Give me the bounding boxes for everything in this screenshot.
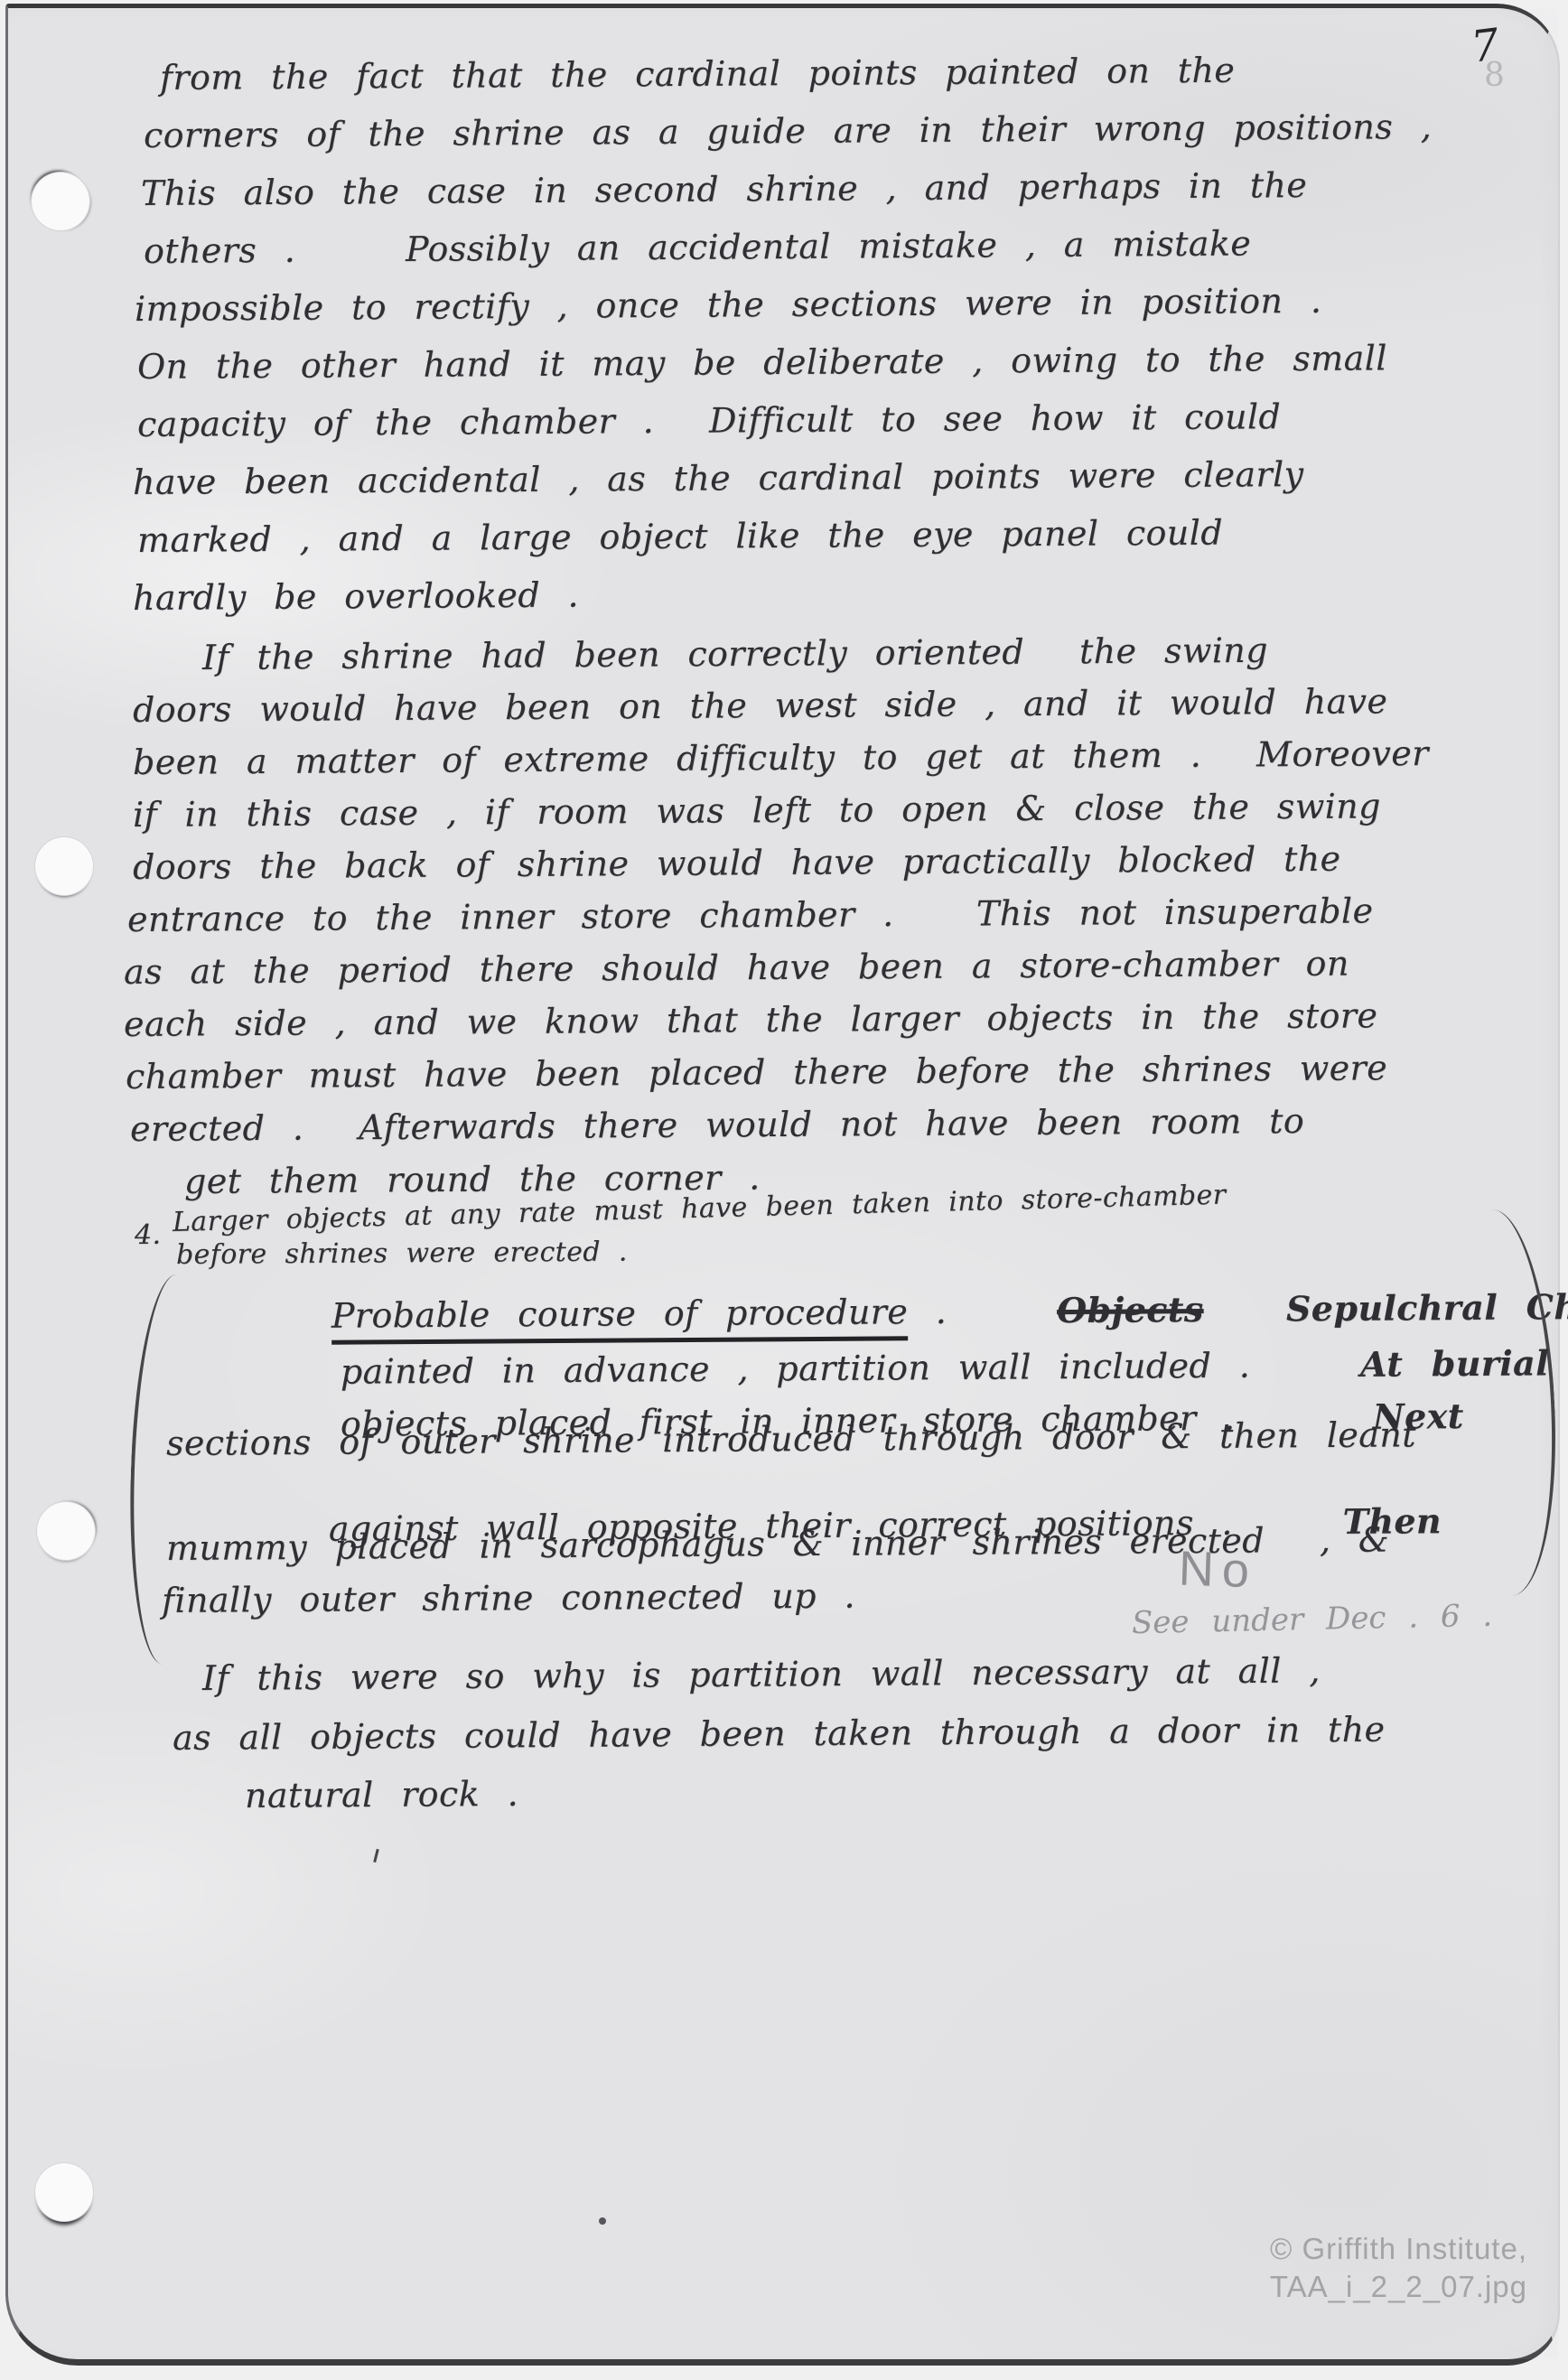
punch-hole	[35, 837, 93, 895]
handwritten-line: have been accidental , as the cardinal p…	[133, 457, 1304, 499]
handwritten-line: impossible to rectify , once the section…	[135, 284, 1322, 326]
handwritten-line: doors would have been on the west side ,…	[133, 684, 1388, 727]
handwritten-line: finally outer shrine connected up .	[162, 1579, 855, 1618]
handwritten-line: natural rock .	[245, 1777, 518, 1813]
handwritten-line: hardly be overlooked .	[133, 578, 579, 615]
punch-hole	[32, 173, 89, 230]
handwritten-line: each side , and we know that the larger …	[124, 998, 1378, 1041]
handwritten-line: chamber must have been placed there befo…	[126, 1050, 1387, 1094]
watermark-line-2: TAA_i_2_2_07.jpg	[1270, 2268, 1527, 2306]
handwritten-line: doors the back of shrine would have prac…	[133, 842, 1341, 884]
pencil-no-annotation: No	[1178, 1541, 1258, 1600]
handwritten-line: others . Possibly an accidental mistake …	[144, 226, 1251, 268]
scanned-page: 7 8 from the fact that the cardinal poin…	[0, 0, 1568, 2380]
handwritten-line: entrance to the inner store chamber . Th…	[127, 893, 1374, 937]
pencil-date-annotation: See under Dec . 6 .	[1132, 1598, 1493, 1641]
ink-speck	[599, 2217, 606, 2225]
watermark-line-1: © Griffith Institute,	[1270, 2230, 1527, 2268]
handwritten-line: capacity of the chamber . Difficult to s…	[137, 399, 1281, 442]
handwritten-line: If this were so why is partition wall ne…	[202, 1653, 1321, 1695]
handwritten-line: erected . Afterwards there would not hav…	[130, 1104, 1304, 1146]
insert-marker: 4.	[135, 1222, 162, 1249]
handwritten-line: corners of the shrine as a guide are in …	[144, 109, 1432, 153]
handwritten-line: been a matter of extreme difficulty to g…	[133, 736, 1429, 779]
handwritten-line: if in this case , if room was left to op…	[133, 789, 1381, 832]
handwritten-line: sections of outer shrine introduced thro…	[166, 1417, 1416, 1461]
handwritten-line: This also the case in second shrine , an…	[141, 168, 1307, 210]
handwritten-line: marked , and a large object like the eye…	[137, 516, 1223, 557]
handwritten-line: from the fact that the cardinal points p…	[160, 53, 1235, 95]
handwritten-line: as all objects could have been taken thr…	[173, 1713, 1386, 1755]
handwritten-line: If the shrine had been correctly oriente…	[202, 633, 1268, 675]
handwritten-line: On the other hand it may be deliberate ,…	[137, 341, 1387, 384]
paper-sheet: 7 8 from the fact that the cardinal poin…	[5, 4, 1560, 2366]
ink-speck	[373, 1849, 379, 1862]
punch-hole	[37, 1502, 95, 1560]
watermark: © Griffith Institute, TAA_i_2_2_07.jpg	[1270, 2230, 1527, 2306]
handwritten-line: as at the period there should have been …	[124, 947, 1349, 989]
page-number-pencil-faint: 8	[1484, 57, 1505, 94]
punch-hole	[35, 2163, 93, 2221]
